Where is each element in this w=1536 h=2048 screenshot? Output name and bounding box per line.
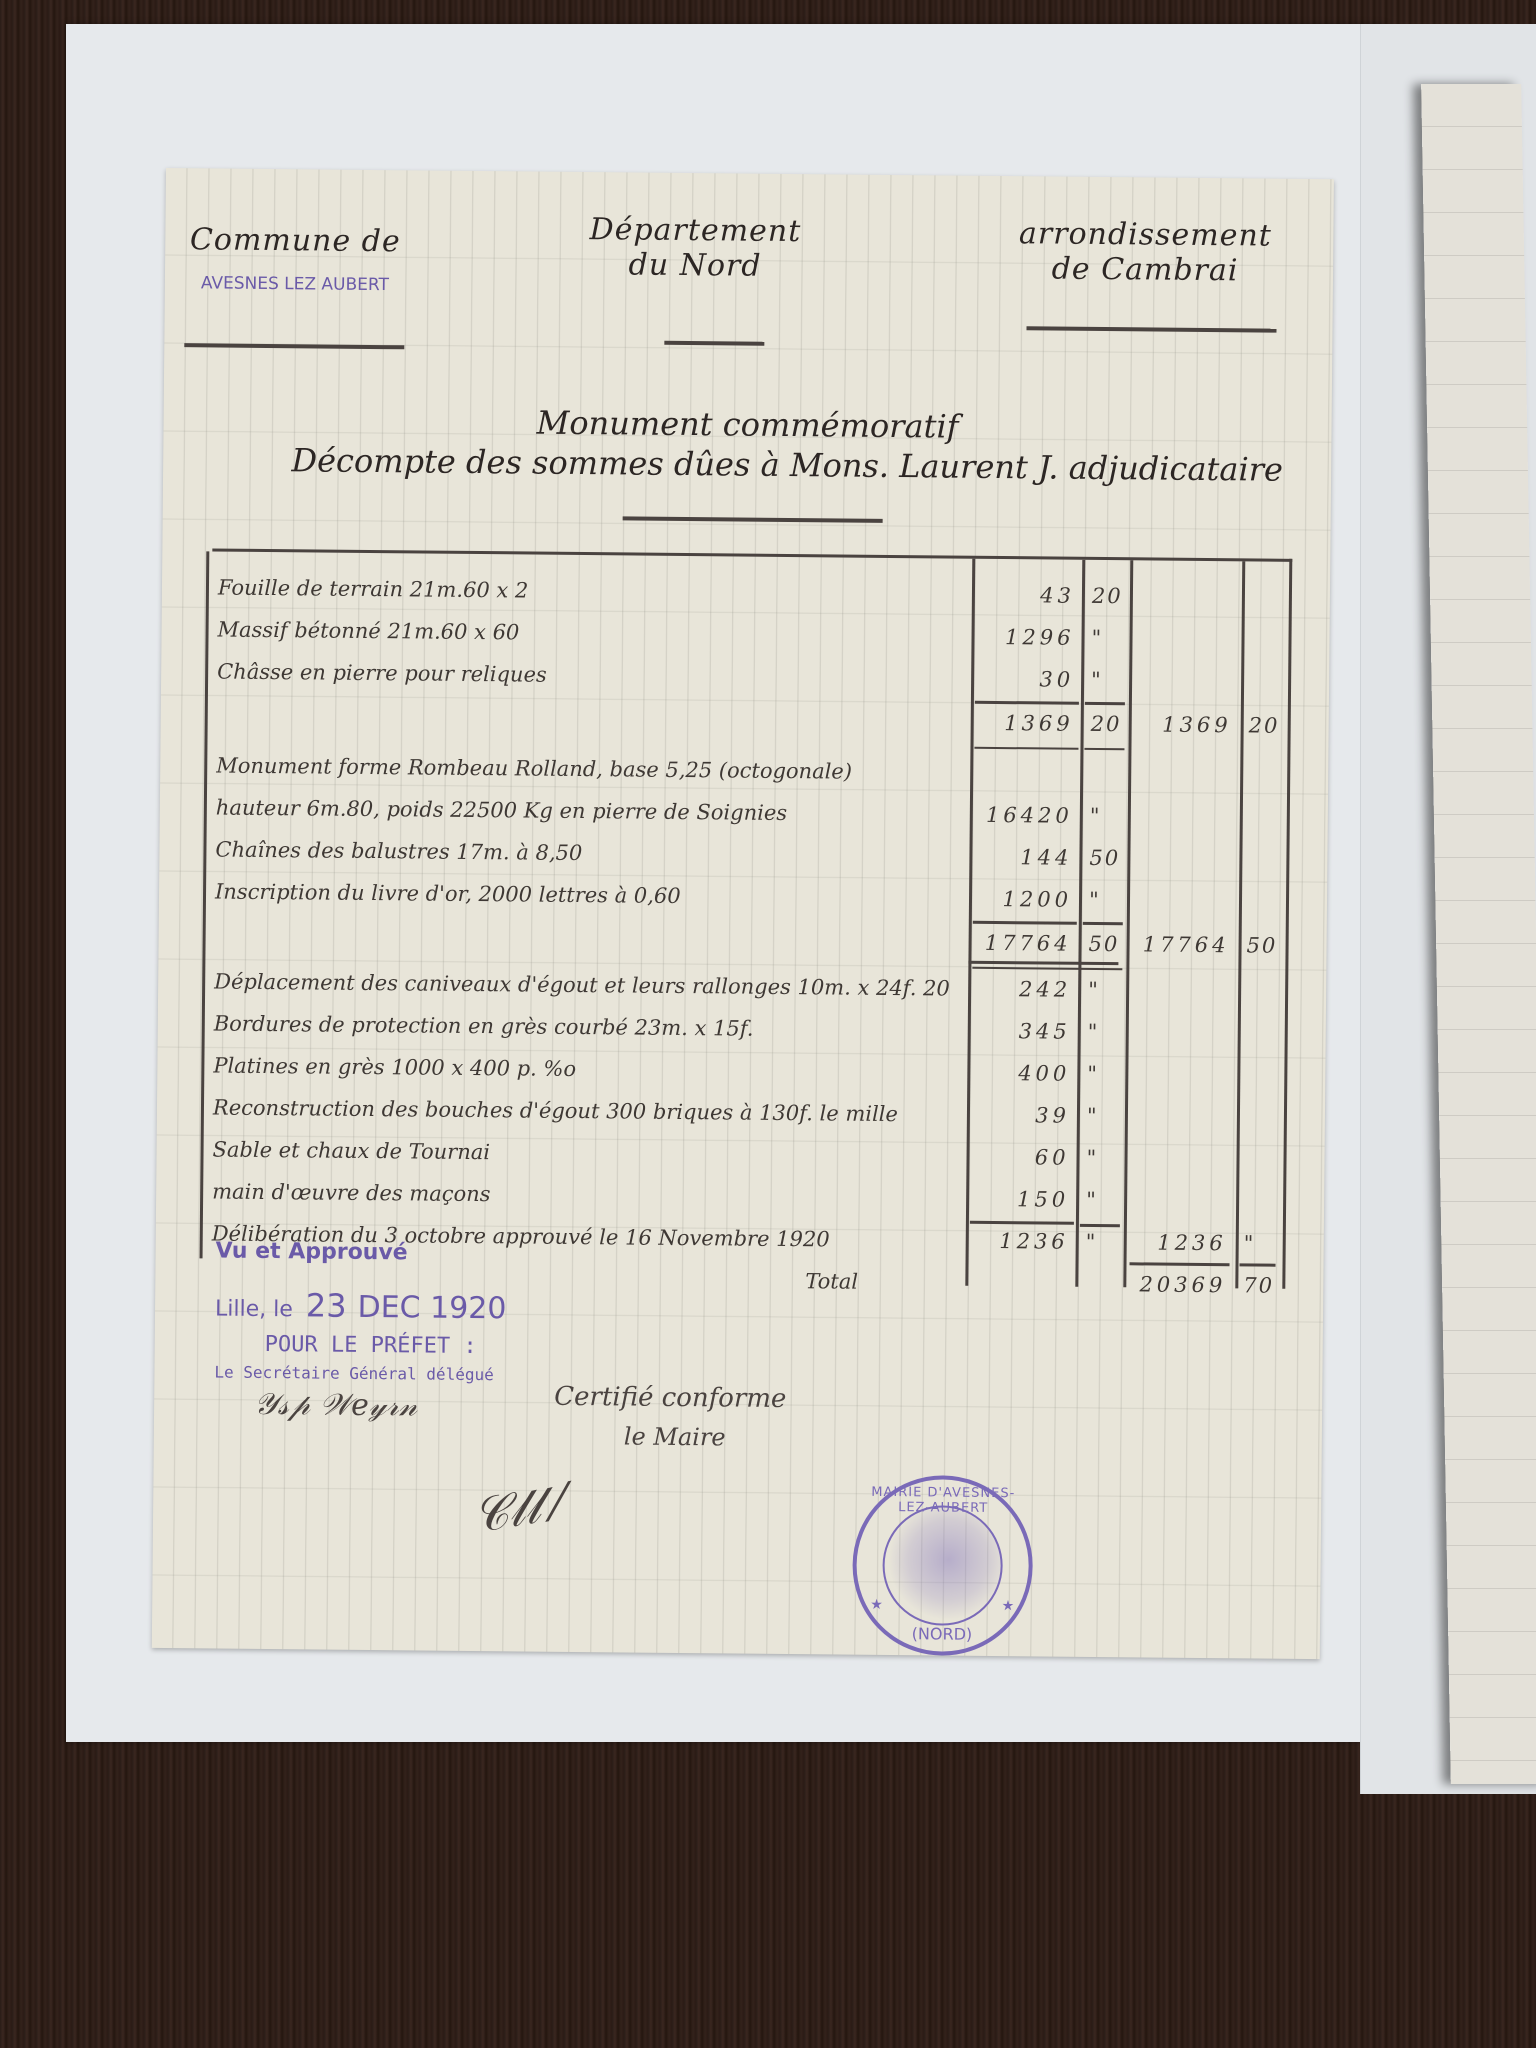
item-description: Reconstruction des bouches d'égout 300 b… <box>213 1095 898 1126</box>
header-rule-right <box>1026 326 1276 332</box>
prefecture-approval-stamp: Vu et Approuvé Lille, le 23 DEC 1920 POU… <box>214 1239 507 1385</box>
stamp-date-prefix: Lille, le <box>215 1297 293 1323</box>
item-francs: 60 <box>974 1145 1069 1170</box>
subtotal-rule <box>1083 922 1123 925</box>
item-cents: " <box>1089 888 1101 912</box>
item-francs: 345 <box>976 1019 1071 1044</box>
seal-marianne-icon <box>882 1505 1003 1626</box>
carried-francs: 17764 <box>1134 932 1229 957</box>
item-cents: 50 <box>1089 846 1120 870</box>
item-description: Déplacement des caniveaux d'égout et leu… <box>214 970 950 1001</box>
item-cents: 20 <box>1092 584 1123 608</box>
commune-stamp: AVESNES LEZ AUBERT <box>175 273 415 295</box>
carried-francs: 1236 <box>1132 1230 1227 1255</box>
stamp-date-day: 23 <box>306 1286 347 1324</box>
item-francs: 43 <box>980 583 1075 608</box>
subtotal-francs: 1369 <box>979 711 1074 736</box>
accounts-table: Fouille de terrain 21m.60 x 2 43 20 Mass… <box>205 548 1292 1288</box>
item-francs: 30 <box>979 667 1074 692</box>
subtotal-rule <box>1085 702 1125 705</box>
item-cents: " <box>1091 668 1103 692</box>
header-arrondissement-label: arrondissement <box>1005 216 1285 254</box>
header-commune: Commune de AVESNES LEZ AUBERT <box>175 222 416 295</box>
double-rule <box>972 967 1122 970</box>
total-cents: 70 <box>1243 1273 1274 1297</box>
item-cents: " <box>1087 1062 1099 1086</box>
item-description: Inscription du livre d'or, 2000 lettres … <box>215 880 681 908</box>
item-francs: 150 <box>974 1187 1069 1212</box>
stamp-date: Lille, le 23 DEC 1920 <box>215 1286 507 1327</box>
item-cents: " <box>1088 978 1100 1002</box>
subtotal-cents: 20 <box>1091 712 1122 736</box>
document-page: Commune de AVESNES LEZ AUBERT Départemen… <box>152 168 1334 1659</box>
double-rule <box>1084 748 1124 750</box>
item-francs: 400 <box>975 1061 1070 1086</box>
item-description: Chaînes des balustres 17m. à 8,50 <box>215 838 582 866</box>
item-cents: " <box>1090 804 1102 828</box>
item-description: Fouille de terrain 21m.60 x 2 <box>218 576 529 603</box>
item-cents: " <box>1086 1146 1098 1170</box>
subtotal-row: 17764 50 17764 50 <box>208 917 1285 967</box>
seal-star-icon: ★ <box>1002 1598 1015 1614</box>
item-cents: " <box>1091 626 1103 650</box>
item-francs: 144 <box>977 845 1072 870</box>
seal-star-icon: ★ <box>870 1597 883 1613</box>
subtotal-francs: 17764 <box>976 931 1071 956</box>
header-departement-label: Département <box>575 212 815 249</box>
stamp-pour-le-prefet: POUR LE PRÉFET : <box>265 1332 507 1359</box>
title-rule <box>623 516 883 522</box>
header-rule-center <box>664 341 764 346</box>
total-francs: 20369 <box>1131 1272 1226 1297</box>
item-description: Sable et chaux de Tournai <box>212 1137 490 1164</box>
item-francs: 1296 <box>979 625 1074 650</box>
item-description: Monument forme Rombeau Rolland, base 5,2… <box>216 754 852 784</box>
subtotal-row: 1369 20 1369 20 <box>211 697 1288 747</box>
item-description: Platines en grès 1000 x 400 p. %o <box>213 1053 576 1080</box>
subtotal-cents: " <box>1086 1230 1098 1254</box>
header-departement: Département du Nord <box>575 212 816 284</box>
carried-cents: 50 <box>1246 933 1277 957</box>
item-cents: " <box>1086 1188 1098 1212</box>
header-departement-value: du Nord <box>575 247 815 284</box>
certification-mayor: le Maire <box>624 1422 726 1451</box>
item-description: hauteur 6m.80, poids 22500 Kg en pierre … <box>216 796 787 825</box>
header-arrondissement: arrondissement de Cambrai <box>1005 216 1286 289</box>
item-description: Massif bétonné 21m.60 x 60 <box>217 618 519 645</box>
header-commune-label: Commune de <box>175 222 415 259</box>
total-rule <box>1240 1263 1276 1266</box>
subtotal-francs: 1236 <box>974 1229 1069 1254</box>
table-row: Châsse en pierre pour reliques 30 " <box>211 653 1288 703</box>
item-cents: " <box>1088 1020 1100 1044</box>
subtotal-cents: 50 <box>1088 932 1119 956</box>
mairie-seal: MAIRIE D'AVESNES-LEZ-AUBERT (NORD) ★ ★ <box>852 1475 1034 1657</box>
item-francs: 16420 <box>978 803 1073 828</box>
stamp-vu-approuve: Vu et Approuvé <box>215 1239 507 1267</box>
carried-francs: 1369 <box>1137 712 1232 737</box>
double-rule <box>974 747 1078 750</box>
item-francs: 242 <box>976 977 1071 1002</box>
stamp-date-month-year: DEC 1920 <box>357 1290 506 1326</box>
item-francs: 1200 <box>977 887 1072 912</box>
total-label: Total <box>805 1269 858 1294</box>
header-arrondissement-value: de Cambrai <box>1005 251 1285 289</box>
item-cents: " <box>1087 1104 1099 1128</box>
seal-text-bottom: (NORD) <box>856 1624 1028 1645</box>
item-francs: 39 <box>975 1103 1070 1128</box>
item-description: main d'œuvre des maçons <box>212 1179 491 1206</box>
mayor-signature: 𝒞𝓁𝓁 ⁄ <box>469 1474 567 1545</box>
prefecture-signature: 𝒴𝓈𝓅 𝒲𝑒𝓎𝓇𝓃 <box>254 1387 417 1424</box>
header-rule-left <box>184 343 404 349</box>
table-row: Inscription du livre d'or, 2000 lettres … <box>209 873 1286 923</box>
item-description: Bordures de protection en grès courbé 23… <box>214 1011 754 1040</box>
carried-cents: 20 <box>1249 713 1280 737</box>
certification-text: Certifié conforme <box>554 1382 786 1414</box>
carried-cents: " <box>1244 1231 1256 1255</box>
stamp-secretaire: Le Secrétaire Général délégué <box>214 1363 506 1385</box>
item-description: Châsse en pierre pour reliques <box>217 660 547 687</box>
